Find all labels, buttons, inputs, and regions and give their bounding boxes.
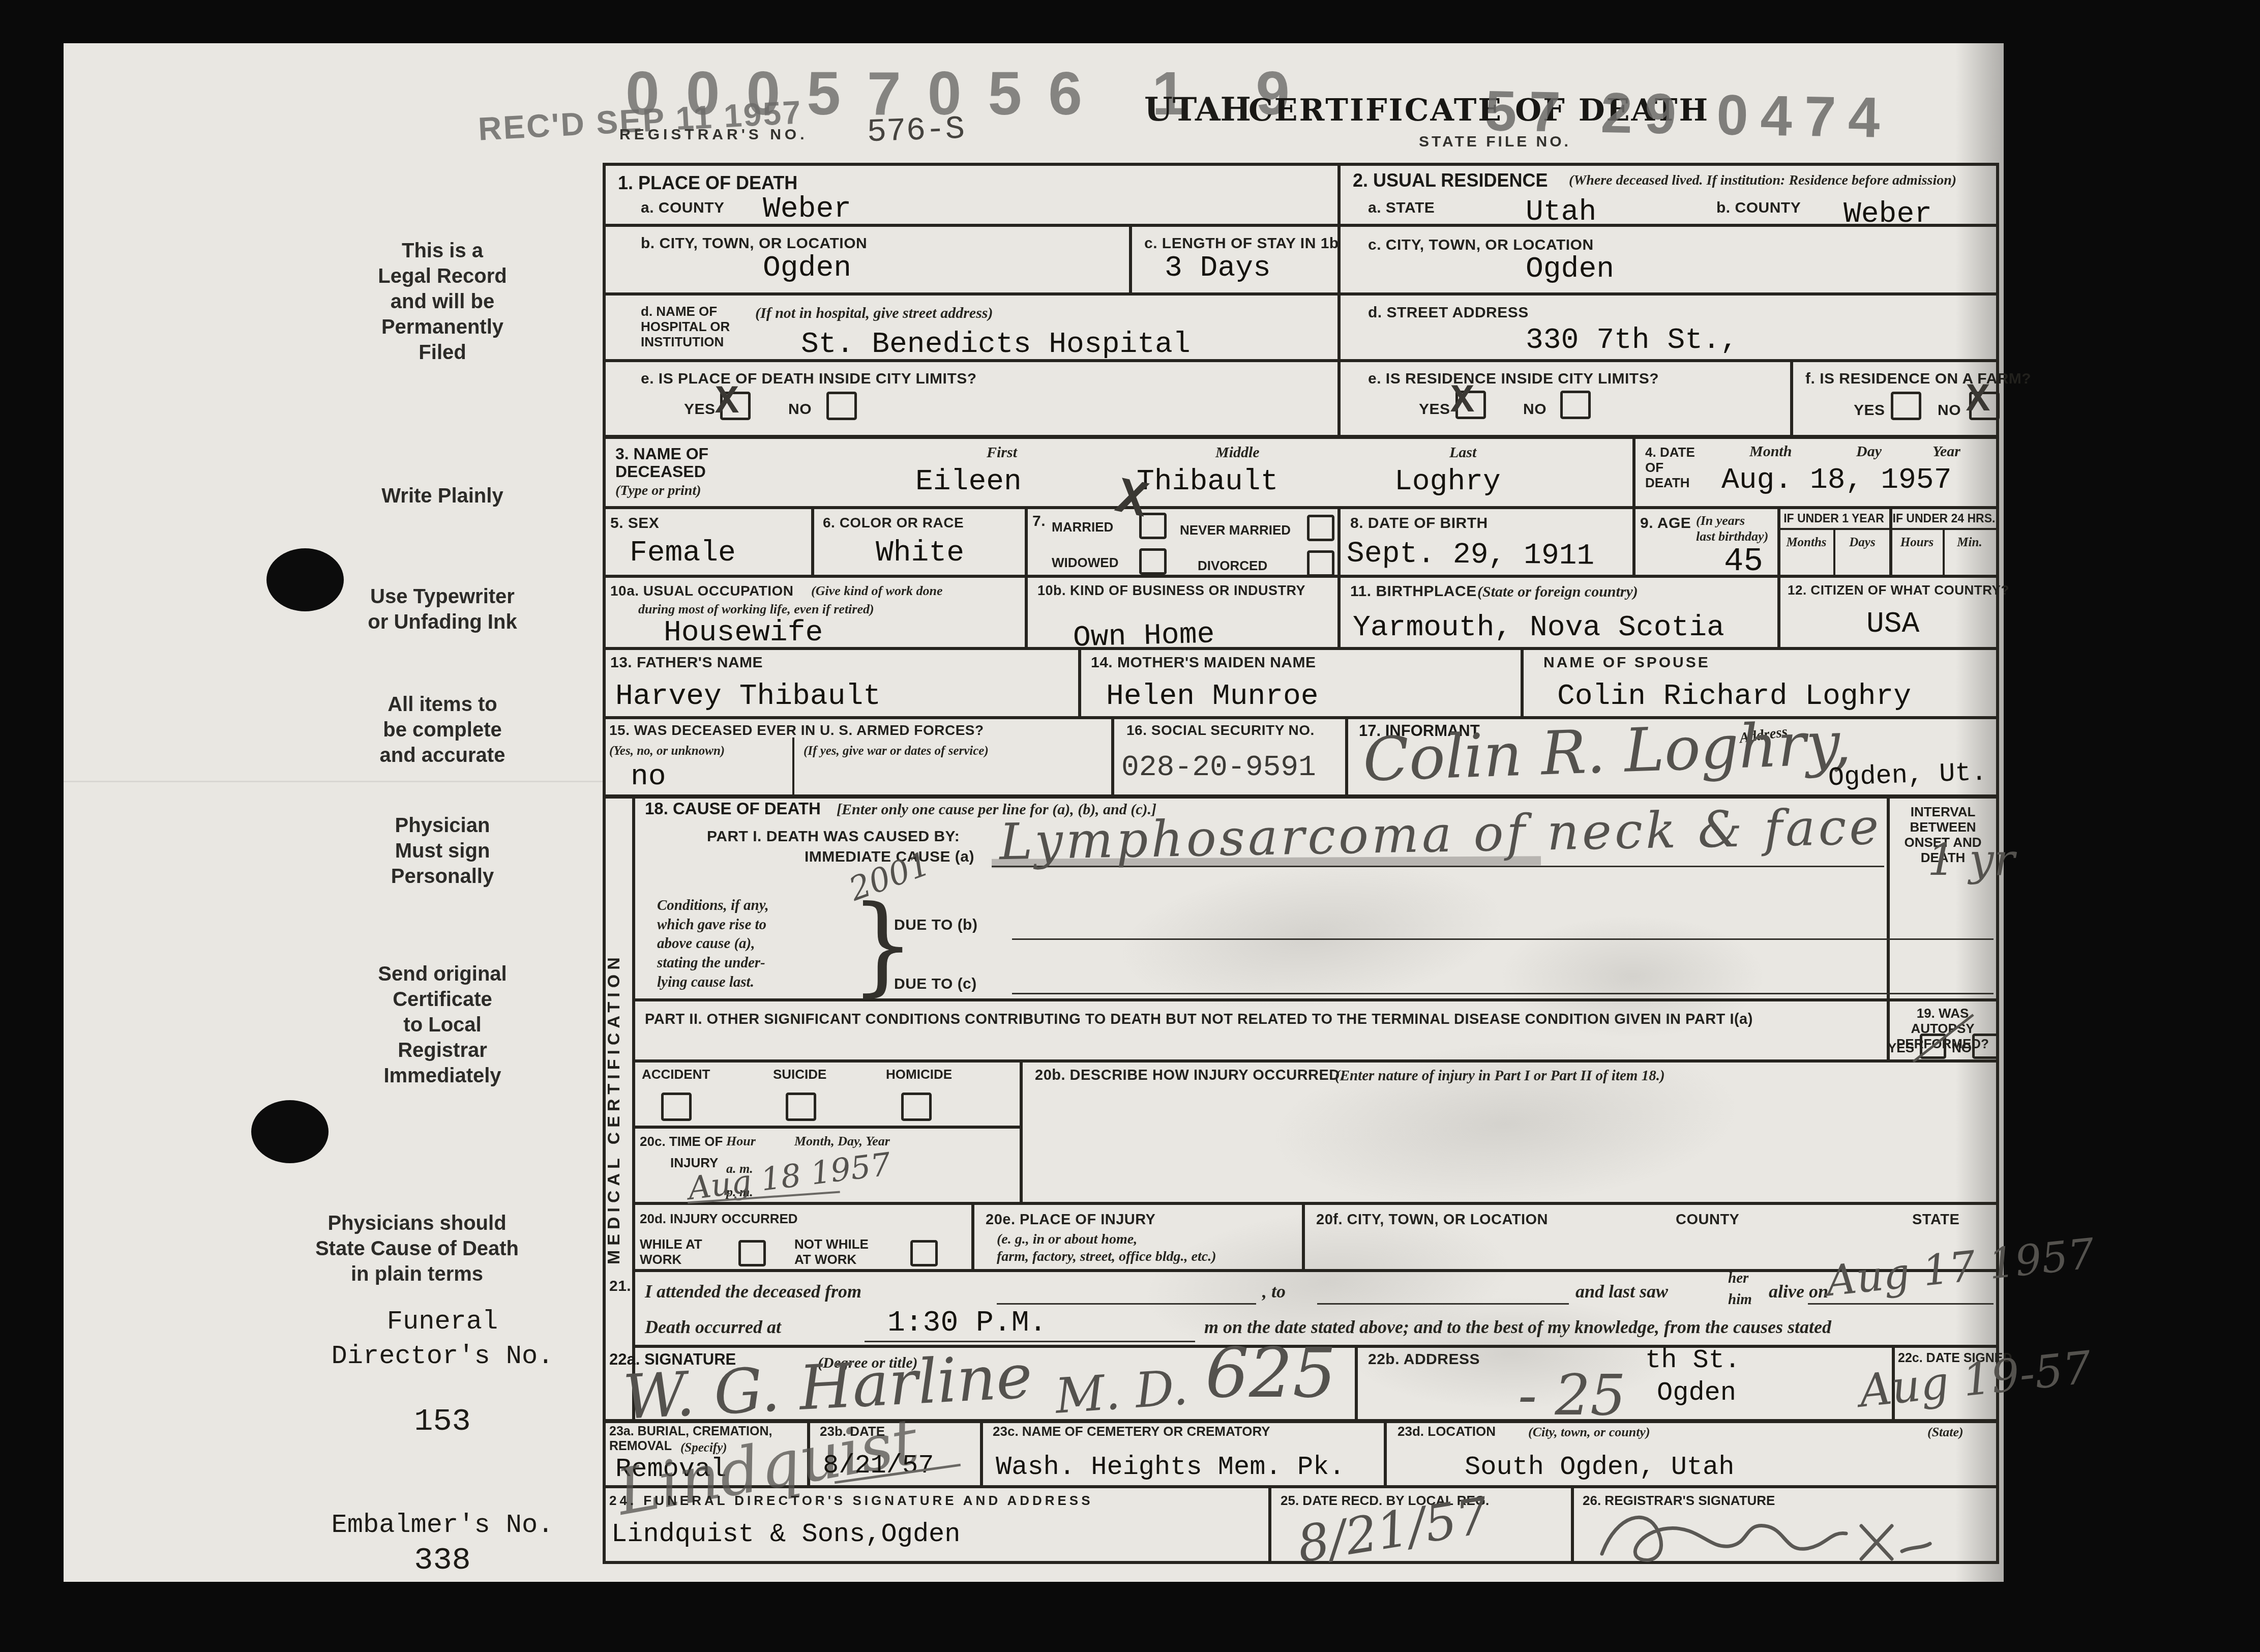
funeral-director-sig-label: 24. FUNERAL DIRECTOR'S SIGNATURE AND ADD…: [609, 1493, 1093, 1509]
location-state-hint: (State): [1927, 1424, 1964, 1440]
bleed-through-mark: [1266, 1026, 1744, 1221]
place-county-value: Weber: [763, 194, 851, 225]
immediate-cause-value: Lymphosarcoma of neck & face: [999, 802, 1882, 867]
color-race-value: White: [876, 538, 964, 569]
place-of-injury-label: 20e. PLACE OF INJURY: [986, 1212, 1155, 1228]
type-or-print-hint: (Type or print): [615, 482, 701, 499]
spouse-label: NAME OF SPOUSE: [1543, 654, 1710, 672]
citizen-label: 12. CITIZEN OF WHAT COUNTRY?: [1788, 583, 2009, 598]
length-of-stay-label: c. LENGTH OF STAY IN 1b: [1144, 235, 1339, 253]
date-of-death-value: Aug. 18, 1957: [1721, 465, 1951, 496]
residence-limits-yes-label: YES: [1419, 401, 1450, 419]
margin-note-write-plainly: Write Plainly: [300, 483, 585, 509]
usual-residence-hint: (Where deceased lived. If institution: R…: [1569, 172, 1996, 189]
funeral-director-no-label: Funeral Director's No.: [285, 1305, 600, 1373]
her-label: her: [1728, 1270, 1748, 1287]
funeral-director-sig-value: Lindquist & Sons,Ogden: [611, 1521, 961, 1549]
homicide-checkbox: [901, 1093, 932, 1121]
armed-forces-hint1: (Yes, no, or unknown): [609, 744, 725, 759]
registrar-no-value: 576-S: [867, 111, 965, 152]
farm-no-label: NO: [1938, 402, 1961, 420]
residence-state-label: a. STATE: [1368, 199, 1435, 217]
describe-injury-label: 20b. DESCRIBE HOW INJURY OCCURRED.: [1035, 1067, 1344, 1084]
physician-degree: M. D.: [1054, 1364, 1190, 1421]
last-name-header: Last: [1449, 444, 1476, 462]
residence-city-value: Ogden: [1526, 254, 1614, 285]
homicide-label: HOMICIDE: [886, 1067, 952, 1082]
cemetery-value: Wash. Heights Mem. Pk.: [996, 1454, 1345, 1482]
him-label: him: [1728, 1291, 1752, 1309]
divorced-label: DIVORCED: [1198, 558, 1267, 574]
paper-crease: [64, 781, 603, 782]
mothers-maiden-label: 14. MOTHER'S MAIDEN NAME: [1091, 654, 1316, 672]
burial-date-label: 23b. DATE: [820, 1424, 885, 1439]
if-under-1-year-label: IF UNDER 1 YEAR: [1780, 512, 1888, 525]
place-city-label: b. CITY, TOWN, OR LOCATION: [641, 235, 867, 253]
never-married-label: NEVER MARRIED: [1180, 523, 1291, 538]
middle-name-value: Thibault: [1137, 467, 1278, 498]
death-certificate-scan: This is a Legal Record and will be Perma…: [0, 0, 2260, 1652]
injury-occurred-label: 20d. INJURY OCCURRED: [640, 1212, 798, 1227]
ssn-label: 16. SOCIAL SECURITY NO.: [1126, 722, 1315, 739]
embalmer-no-value: 338: [285, 1540, 600, 1581]
hour-header: Hour: [726, 1133, 756, 1149]
widowed-label: WIDOWED: [1052, 555, 1118, 571]
location-label: 23d. LOCATION: [1397, 1424, 1496, 1439]
birthplace-value: Yarmouth, Nova Scotia: [1353, 613, 1724, 644]
autopsy-no-label: NO: [1952, 1041, 1972, 1056]
margin-note-send-original: Send original Certificate to Local Regis…: [300, 961, 585, 1088]
suicide-label: SUICIDE: [773, 1067, 826, 1082]
accident-label: ACCIDENT: [642, 1067, 710, 1082]
place-limits-yes-mark: X: [715, 382, 739, 422]
hospital-hint: (If not in hospital, give street address…: [755, 304, 993, 322]
color-race-label: 6. COLOR OR RACE: [823, 515, 964, 531]
location-hint: (City, town, or county): [1528, 1424, 1650, 1440]
residence-limits-no-label: NO: [1523, 401, 1547, 419]
hospital-value: St. Benedicts Hospital: [801, 330, 1191, 361]
days-header: Days: [1835, 535, 1890, 550]
registrar-no-label: REGISTRAR'S NO.: [619, 126, 808, 143]
funeral-director-no-value: 153: [285, 1401, 600, 1442]
margin-note-legal-record: This is a Legal Record and will be Perma…: [300, 238, 585, 365]
place-city-value: Ogden: [763, 253, 851, 284]
length-of-stay-value: 3 Days: [1165, 253, 1271, 284]
death-time-value: 1:30 P.M.: [887, 1308, 1047, 1339]
conditions-note: Conditions, if any, which gave rise to a…: [657, 896, 769, 992]
occupation-hint2: during most of working life, even if ret…: [638, 601, 874, 617]
business-label: 10b. KIND OF BUSINESS OR INDUSTRY: [1037, 583, 1305, 599]
months-header: Months: [1779, 535, 1834, 550]
registrar-signature-scribble: [1592, 1503, 1938, 1569]
location-value: South Ogden, Utah: [1465, 1454, 1735, 1482]
attended-text4: alive on: [1769, 1281, 1828, 1303]
attended-number: 21.: [609, 1278, 631, 1295]
marital-number: 7.: [1032, 513, 1046, 530]
while-at-work-checkbox: [738, 1240, 766, 1266]
death-month-header: Month: [1749, 442, 1792, 461]
occupation-hint1: (Give kind of work done: [811, 583, 943, 599]
street-address-value: 330 7th St.,: [1526, 326, 1738, 357]
residence-city-limits-label: e. IS RESIDENCE INSIDE CITY LIMITS?: [1368, 370, 1659, 388]
age-label: 9. AGE: [1640, 515, 1691, 533]
place-limits-yes-label: YES: [684, 401, 716, 419]
place-of-death-title: 1. PLACE OF DEATH: [618, 173, 797, 193]
medical-certification-side-label: MEDICAL CERTIFICATION: [604, 801, 631, 1417]
married-label: MARRIED: [1052, 520, 1113, 535]
never-married-checkbox: [1307, 515, 1334, 541]
name-of-deceased-label: 3. NAME OF DECEASED: [615, 445, 708, 481]
farm-no-mark: X: [1966, 380, 1990, 420]
margin-note-complete: All items to be complete and accurate: [300, 692, 585, 768]
birthplace-label: 11. BIRTHPLACE: [1350, 583, 1477, 601]
first-name-header: First: [987, 444, 1017, 462]
injury-county-label: COUNTY: [1676, 1212, 1739, 1228]
armed-forces-label: 15. WAS DECEASED EVER IN U. S. ARMED FOR…: [609, 722, 984, 739]
injury-city-label: 20f. CITY, TOWN, OR LOCATION: [1316, 1212, 1548, 1228]
place-limits-no-label: NO: [788, 401, 812, 419]
due-to-b-label: DUE TO (b): [894, 917, 977, 934]
death-year-header: Year: [1932, 442, 1960, 461]
residence-county-label: b. COUNTY: [1716, 199, 1801, 217]
age-value: 45: [1724, 545, 1763, 579]
not-while-at-work-checkbox: [910, 1240, 938, 1266]
residence-limits-yes-mark: X: [1450, 381, 1474, 421]
farm-yes-checkbox: [1891, 392, 1921, 420]
residence-county-value: Weber: [1843, 199, 1932, 230]
death-occurred-text: Death occurred at: [645, 1316, 781, 1338]
accident-checkbox: [661, 1093, 692, 1121]
age-hint: (In years last birthday): [1696, 513, 1768, 544]
date-of-birth-label: 8. DATE OF BIRTH: [1350, 515, 1488, 533]
death-day-header: Day: [1856, 442, 1882, 461]
first-name-value: Eileen: [915, 467, 1022, 498]
due-to-c-label: DUE TO (c): [894, 976, 977, 993]
title-utah: UTAH: [1144, 91, 1251, 129]
cemetery-label: 23c. NAME OF CEMETERY OR CREMATORY: [993, 1424, 1270, 1439]
interval-value: 1 yr: [1927, 838, 2015, 882]
informant-signature: Colin R. Loghry,: [1362, 713, 1852, 789]
margin-note-physician-sign: Physician Must sign Personally: [300, 813, 585, 889]
margin-note-plain-terms: Physicians should State Cause of Death i…: [214, 1211, 620, 1287]
residence-city-label: c. CITY, TOWN, OR LOCATION: [1368, 237, 1594, 254]
street-address-label: d. STREET ADDRESS: [1368, 304, 1529, 322]
injury-state-label: STATE: [1912, 1212, 1959, 1228]
date-of-birth-value: Sept. 29, 1911: [1347, 539, 1595, 572]
hospital-label: d. NAME OF HOSPITAL OR INSTITUTION: [641, 304, 730, 350]
place-county-label: a. COUNTY: [641, 199, 725, 217]
min-header: Min.: [1944, 535, 1995, 550]
address-city-typed: Ogden: [1657, 1379, 1736, 1407]
if-under-24-hrs-label: IF UNDER 24 HRS.: [1892, 512, 1996, 525]
residence-state-value: Utah: [1526, 197, 1596, 228]
fathers-name-label: 13. FATHER'S NAME: [610, 654, 763, 672]
attended-text3: and last saw: [1575, 1281, 1668, 1303]
birthplace-hint: (State or foreign country): [1477, 583, 1638, 601]
citizen-value: USA: [1866, 609, 1919, 640]
place-of-injury-hint: (e. g., in or about home, farm, factory,…: [997, 1231, 1216, 1265]
business-value: Own Home: [1073, 619, 1215, 654]
middle-name-header: Middle: [1215, 444, 1260, 462]
attended-text1: I attended the deceased from: [645, 1281, 861, 1303]
margin-note-typewriter: Use Typewriter or Unfading Ink: [285, 584, 600, 635]
date-of-death-label: 4. DATE OF DEATH: [1645, 445, 1695, 491]
address-number-hand: 625: [1205, 1339, 1336, 1407]
sex-value: Female: [630, 538, 736, 569]
not-while-at-work-label: NOT WHILE AT WORK: [794, 1237, 869, 1267]
suicide-checkbox: [786, 1093, 816, 1121]
hole-punch: [251, 1100, 329, 1163]
hours-header: Hours: [1891, 535, 1943, 550]
embalmer-no-label: Embalmer's No.: [285, 1508, 600, 1543]
describe-injury-hint: (Enter nature of injury in Part I or Par…: [1335, 1067, 1665, 1085]
autopsy-no-checkbox: [1972, 1034, 1999, 1059]
informant-address-value: Ogden, Ut.: [1828, 759, 1987, 792]
place-limits-no-checkbox: [826, 392, 857, 420]
residence-limits-no-checkbox: [1560, 391, 1591, 419]
last-name-value: Loghry: [1394, 467, 1501, 498]
place-city-limits-label: e. IS PLACE OF DEATH INSIDE CITY LIMITS?: [641, 370, 977, 388]
ssn-value: 028-20-9591: [1121, 753, 1316, 784]
residence-farm-label: f. IS RESIDENCE ON A FARM?: [1805, 370, 2031, 388]
occupation-value: Housewife: [664, 618, 823, 649]
address-street-typed: th St.: [1645, 1347, 1740, 1375]
widowed-checkbox: [1139, 548, 1167, 575]
armed-forces-value: no: [631, 762, 666, 793]
usual-residence-title: 2. USUAL RESIDENCE: [1353, 170, 1548, 191]
farm-yes-label: YES: [1854, 402, 1885, 420]
while-at-work-label: WHILE AT WORK: [640, 1237, 702, 1267]
address-label: 22b. ADDRESS: [1368, 1351, 1480, 1369]
spouse-value: Colin Richard Loghry: [1557, 682, 1911, 713]
sex-label: 5. SEX: [610, 515, 659, 533]
divorced-checkbox: [1307, 550, 1334, 577]
attended-text2: , to: [1262, 1281, 1286, 1303]
cause-of-death-title: 18. CAUSE OF DEATH: [645, 800, 821, 818]
mothers-maiden-value: Helen Munroe: [1106, 682, 1319, 713]
part1-label: PART I. DEATH WAS CAUSED BY:: [707, 828, 960, 846]
part2-label: PART II. OTHER SIGNIFICANT CONDITIONS CO…: [645, 1011, 1865, 1028]
autopsy-yes-label: YES: [1888, 1041, 1914, 1056]
address-street-hand: - 25: [1518, 1367, 1626, 1423]
fathers-name-value: Harvey Thibault: [615, 682, 881, 713]
time-of-injury-label1: 20c. TIME OF: [640, 1134, 723, 1149]
armed-forces-hint2: (If yes, give war or dates of service): [804, 744, 989, 759]
state-file-no-stamp: 57 29 0474: [1484, 78, 1893, 151]
occupation-label: 10a. USUAL OCCUPATION: [610, 583, 794, 599]
